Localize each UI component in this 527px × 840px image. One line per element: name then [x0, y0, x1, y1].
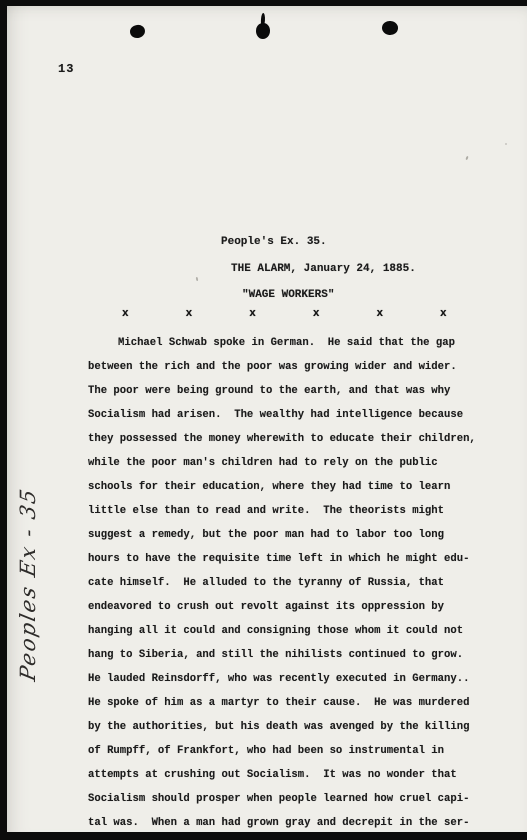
- body-line: Michael Schwab spoke in German. He said …: [88, 331, 488, 355]
- body-line: cate himself. He alluded to the tyranny …: [88, 571, 488, 595]
- handwritten-exhibit-note: Peoples Ex - 35: [16, 468, 40, 683]
- scan-speck: [505, 143, 507, 145]
- body-line: endeavored to crush out revolt against i…: [88, 595, 488, 619]
- separator-marks-row: xxxxxx: [122, 308, 447, 320]
- publication-title: THE ALARM, January 24, 1885.: [231, 263, 416, 275]
- body-line: attempts at crushing out Socialism. It w…: [88, 763, 488, 787]
- exhibit-label: People's Ex. 35.: [221, 236, 327, 248]
- separator-mark: x: [313, 308, 320, 320]
- separator-mark: x: [249, 308, 256, 320]
- body-line: by the authorities, but his death was av…: [88, 715, 488, 739]
- body-line: of Rumpff, of Frankfort, who had been so…: [88, 739, 488, 763]
- body-line: Socialism had arisen. The wealthy had in…: [88, 403, 488, 427]
- body-line: little else than to read and write. The …: [88, 499, 488, 523]
- body-line: they possessed the money wherewith to ed…: [88, 427, 488, 451]
- scan-speck: [465, 156, 468, 160]
- body-line: hours to have the requisite time left in…: [88, 547, 488, 571]
- article-title: "WAGE WORKERS": [242, 289, 334, 301]
- separator-mark: x: [376, 308, 383, 320]
- body-text: Michael Schwab spoke in German. He said …: [88, 331, 488, 835]
- body-line: suggest a remedy, but the poor man had t…: [88, 523, 488, 547]
- scan-speck: [196, 277, 199, 281]
- body-line: between the rich and the poor was growin…: [88, 355, 488, 379]
- body-line: He spoke of him as a martyr to their cau…: [88, 691, 488, 715]
- separator-mark: x: [122, 308, 129, 320]
- body-line: while the poor man's children had to rel…: [88, 451, 488, 475]
- scan-edge-left: [0, 0, 7, 840]
- scanned-page: 13 Peoples Ex - 35 People's Ex. 35. THE …: [0, 0, 527, 840]
- scan-edge-top: [0, 0, 527, 6]
- body-line: hang to Siberia, and still the nihilists…: [88, 643, 488, 667]
- separator-mark: x: [186, 308, 193, 320]
- body-line: schools for their education, where they …: [88, 475, 488, 499]
- body-line: He lauded Reinsdorff, who was recently e…: [88, 667, 488, 691]
- body-line: tal was. When a man had grown gray and d…: [88, 811, 488, 835]
- body-line: The poor were being ground to the earth,…: [88, 379, 488, 403]
- ink-blot-icon: [129, 24, 146, 39]
- page-number: 13: [58, 62, 74, 76]
- separator-mark: x: [440, 308, 447, 320]
- ink-blot-icon: [381, 20, 398, 36]
- body-line: Socialism should prosper when people lea…: [88, 787, 488, 811]
- body-line: hanging all it could and consigning thos…: [88, 619, 488, 643]
